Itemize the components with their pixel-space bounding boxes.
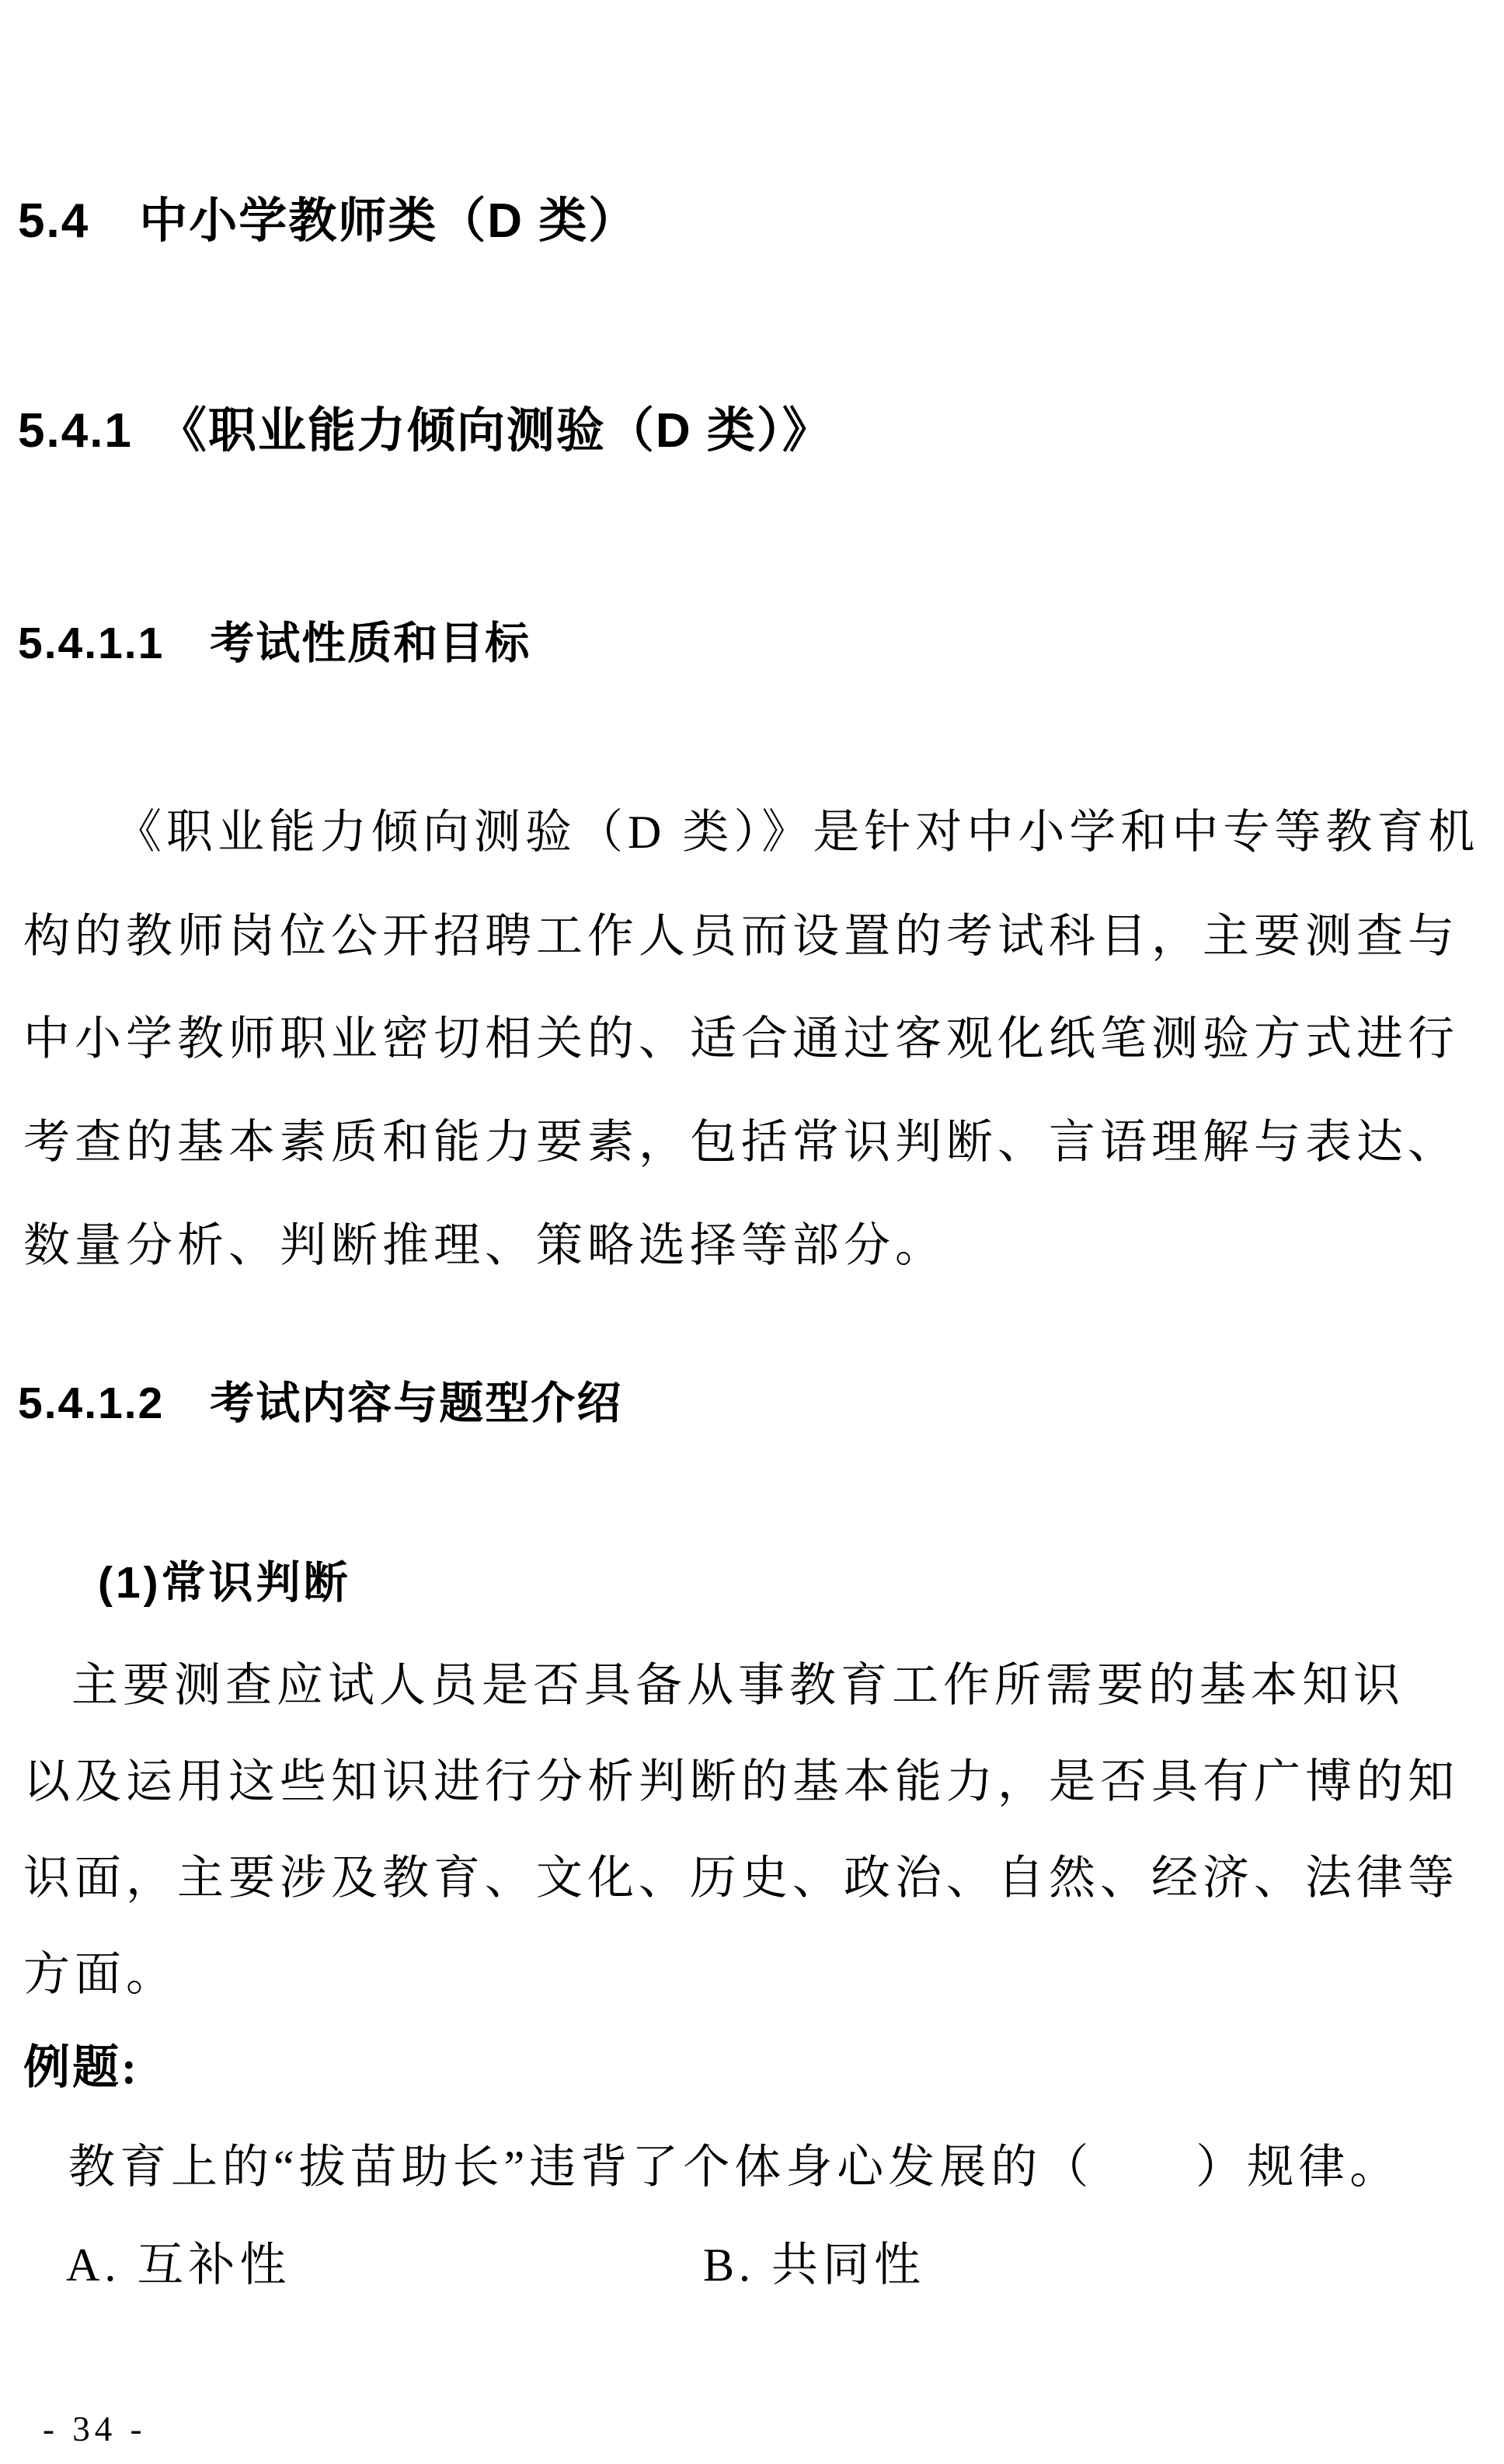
subheading-changshi-panduan: (1)常识判断 (98, 1559, 351, 1608)
heading-section-5-4-1-2: 5.4.1.2 考试内容与题型介绍 (18, 1382, 622, 1426)
paragraph2-line-2: 以及运用这些知识进行分析判断的基本能力，是否具有广博的知 (23, 1756, 1459, 1808)
heading-section-5-4: 5.4 中小学教师类（D 类） (18, 197, 638, 246)
heading-section-5-4-1: 5.4.1 《职业能力倾向测验（D 类）》 (18, 407, 832, 455)
paragraph1-line-4: 考查的基本素质和能力要素，包括常识判断、言语理解与表达、 (23, 1117, 1459, 1169)
paragraph2-line-4: 方面。 (23, 1949, 177, 2001)
example-label: 例题: (23, 2042, 139, 2093)
example-question-text: 教育上的“拔苗助长”违背了个体身心发展的（ ）规律。 (68, 2142, 1401, 2194)
document-page: 5.4 中小学教师类（D 类） 5.4.1 《职业能力倾向测验（D 类）》 5.… (0, 0, 1504, 2464)
page-number: - 34 - (43, 2409, 146, 2449)
option-a: A. 互补性 (66, 2239, 291, 2291)
heading-section-5-4-1-1: 5.4.1.1 考试性质和目标 (18, 622, 531, 666)
paragraph1-line-1: 《职业能力倾向测验（D 类）》是针对中小学和中专等教育机 (115, 807, 1479, 859)
paragraph2-line-3: 识面，主要涉及教育、文化、历史、政治、自然、经济、法律等 (23, 1852, 1459, 1905)
paragraph1-line-3: 中小学教师职业密切相关的、适合通过客观化纸笔测验方式进行 (23, 1013, 1459, 1065)
paragraph1-line-2: 构的教师岗位公开招聘工作人员而设置的考试科目，主要测查与 (23, 911, 1459, 963)
paragraph1-line-5: 数量分析、判断推理、策略选择等部分。 (23, 1220, 946, 1272)
option-b: B. 共同性 (703, 2239, 925, 2291)
paragraph2-line-1: 主要测查应试人员是否具备从事教育工作所需要的基本知识 (71, 1660, 1405, 1712)
